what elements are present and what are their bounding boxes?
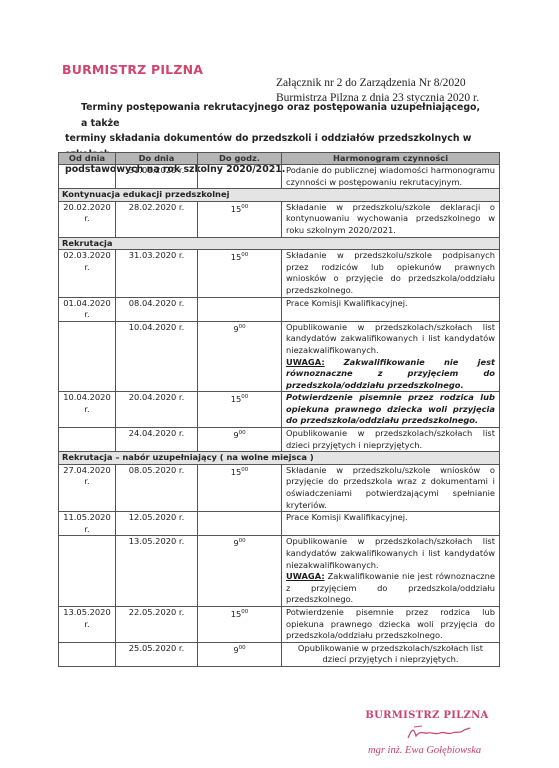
column-header-hour: Do godz.	[198, 153, 282, 165]
table-row: 13.05.2020 r.900Opublikowanie w przedszk…	[59, 536, 500, 607]
table-row: 27.04.2020 r.08.05.2020 r.1500Składanie …	[59, 464, 500, 511]
schedule-body: 31.01.2020 r.Podanie do publicznej wiado…	[59, 165, 500, 667]
cell-activity: Opublikowanie w przedszkolach/szkołach l…	[282, 536, 500, 607]
logo: BURMISTRZ PILZNA	[62, 62, 203, 77]
cell-to-date: 28.02.2020 r.	[116, 201, 198, 237]
cell-from-date: 11.05.2020 r.	[59, 512, 116, 536]
table-row: 11.05.2020 r.12.05.2020 r.Prace Komisji …	[59, 512, 500, 536]
activity-text: Składanie w przedszkolu/szkole deklaracj…	[286, 202, 495, 235]
cell-to-date: 10.04.2020 r.	[116, 321, 198, 392]
cell-hour: 900	[198, 642, 282, 666]
cell-hour	[198, 165, 282, 189]
hour-minutes: 00	[241, 394, 248, 400]
cell-from-date	[59, 165, 116, 189]
hour-minutes: 00	[239, 430, 246, 436]
cell-to-date: 08.04.2020 r.	[116, 297, 198, 321]
table-row: 13.05.2020 r.22.05.2020 r.1500Potwierdze…	[59, 606, 500, 642]
cell-from-date	[59, 321, 116, 392]
cell-hour	[198, 512, 282, 536]
cell-activity: Składanie w przedszkolu/szkole deklaracj…	[282, 201, 500, 237]
column-header-to: Do dnia	[116, 153, 198, 165]
cell-hour: 900	[198, 428, 282, 452]
cell-activity: Prace Komisji Kwalifikacyjnej.	[282, 512, 500, 536]
cell-from-date: 01.04.2020 r.	[59, 297, 116, 321]
table-header-row: Od dnia Do dnia Do godz. Harmonogram czy…	[59, 153, 500, 165]
cell-activity: Opublikowanie w przedszkolach/szkołach l…	[282, 321, 500, 392]
table-row: 24.04.2020 r.900Opublikowanie w przedszk…	[59, 428, 500, 452]
hour-minutes: 00	[239, 538, 246, 544]
cell-to-date: 25.05.2020 r.	[116, 642, 198, 666]
cell-activity: Podanie do publicznej wiadomości harmono…	[282, 165, 500, 189]
note-label: UWAGA:	[286, 357, 325, 367]
cell-activity: Prace Komisji Kwalifikacyjnej.	[282, 297, 500, 321]
table-row: 02.03.2020 r.31.03.2020 r.1500Składanie …	[59, 250, 500, 297]
section-row: Rekrutacja – nabór uzupełniający ( na wo…	[59, 452, 500, 465]
hour-minutes: 00	[239, 645, 246, 651]
cell-activity: Składanie w przedszkolu/szkole wniosków …	[282, 464, 500, 511]
cell-from-date: 02.03.2020 r.	[59, 250, 116, 297]
activity-text: Opublikowanie w przedszkolach/szkołach l…	[286, 536, 495, 569]
cell-to-date: 13.05.2020 r.	[116, 536, 198, 607]
column-header-activity: Harmonogram czynności	[282, 153, 500, 165]
hour-minutes: 00	[241, 609, 248, 615]
table-row: 10.04.2020 r.900Opublikowanie w przedszk…	[59, 321, 500, 392]
activity-text: Opublikowanie w przedszkolach/szkołach l…	[298, 643, 483, 665]
cell-to-date: 22.05.2020 r.	[116, 606, 198, 642]
cell-to-date: 31.03.2020 r.	[116, 250, 198, 297]
cell-from-date: 10.04.2020 r.	[59, 392, 116, 428]
activity-text: Opublikowanie w przedszkolach/szkołach l…	[286, 428, 495, 450]
cell-hour	[198, 297, 282, 321]
cell-activity: Opublikowanie w przedszkolach/szkołach l…	[282, 642, 500, 666]
cell-hour: 900	[198, 321, 282, 392]
activity-text: Składanie w przedszkolu/szkole podpisany…	[286, 250, 495, 295]
signature-icon	[404, 724, 474, 742]
cell-to-date: 24.04.2020 r.	[116, 428, 198, 452]
hour-minutes: 00	[241, 252, 248, 258]
table-row: 20.02.2020 r.28.02.2020 r.1500Składanie …	[59, 201, 500, 237]
cell-from-date: 27.04.2020 r.	[59, 464, 116, 511]
mayor-stamp: BURMISTRZ PILZNA	[362, 710, 492, 721]
cell-from-date	[59, 428, 116, 452]
cell-hour: 1500	[198, 606, 282, 642]
table-row: 01.04.2020 r.08.04.2020 r.Prace Komisji …	[59, 297, 500, 321]
cell-hour: 900	[198, 536, 282, 607]
note-label: UWAGA:	[286, 571, 325, 581]
schedule-table: Od dnia Do dnia Do godz. Harmonogram czy…	[58, 152, 500, 667]
cell-activity: Składanie w przedszkolu/szkole podpisany…	[282, 250, 500, 297]
section-title: Kontynuacja edukacji przedszkolnej	[59, 189, 500, 202]
activity-text: Opublikowanie w przedszkolach/szkołach l…	[286, 322, 495, 355]
cell-from-date	[59, 536, 116, 607]
cell-to-date: 12.05.2020 r.	[116, 512, 198, 536]
activity-text: Składanie w przedszkolu/szkole wniosków …	[286, 465, 495, 510]
activity-text: Prace Komisji Kwalifikacyjnej.	[286, 298, 408, 308]
title-line-1: Terminy postępowania rekrutacyjnego oraz…	[65, 100, 485, 131]
cell-to-date: 20.04.2020 r.	[116, 392, 198, 428]
cell-hour: 1500	[198, 464, 282, 511]
cell-activity: Opublikowanie w przedszkolach/szkołach l…	[282, 428, 500, 452]
table-row: 31.01.2020 r.Podanie do publicznej wiado…	[59, 165, 500, 189]
cell-to-date: 31.01.2020 r.	[116, 165, 198, 189]
activity-text: Potwierdzenie pisemnie przez rodzica lub…	[286, 607, 495, 640]
hour-minutes: 00	[241, 204, 248, 210]
section-title: Rekrutacja – nabór uzupełniający ( na wo…	[59, 452, 500, 465]
annex-line-1: Załącznik nr 2 do Zarządzenia Nr 8/2020	[276, 76, 479, 91]
cell-activity: Potwierdzenie pisemnie przez rodzica lub…	[282, 606, 500, 642]
column-header-from: Od dnia	[59, 153, 116, 165]
section-title: Rekrutacja	[59, 237, 500, 250]
signer-name: mgr inż. Ewa Gołębiowska	[368, 745, 481, 756]
cell-to-date: 08.05.2020 r.	[116, 464, 198, 511]
activity-text: Prace Komisji Kwalifikacyjnej.	[286, 512, 408, 522]
activity-text: Potwierdzenie pisemnie przez rodzica lub…	[286, 392, 495, 425]
hour-minutes: 00	[239, 324, 246, 330]
hour-minutes: 00	[241, 467, 248, 473]
cell-from-date: 20.02.2020 r.	[59, 201, 116, 237]
activity-text: Podanie do publicznej wiadomości harmono…	[286, 165, 495, 187]
cell-hour: 1500	[198, 201, 282, 237]
cell-activity: Potwierdzenie pisemnie przez rodzica lub…	[282, 392, 500, 428]
cell-hour: 1500	[198, 250, 282, 297]
cell-hour: 1500	[198, 392, 282, 428]
cell-from-date	[59, 642, 116, 666]
section-row: Kontynuacja edukacji przedszkolnej	[59, 189, 500, 202]
section-row: Rekrutacja	[59, 237, 500, 250]
table-row: 10.04.2020 r.20.04.2020 r.1500Potwierdze…	[59, 392, 500, 428]
table-row: 25.05.2020 r.900Opublikowanie w przedszk…	[59, 642, 500, 666]
cell-from-date: 13.05.2020 r.	[59, 606, 116, 642]
